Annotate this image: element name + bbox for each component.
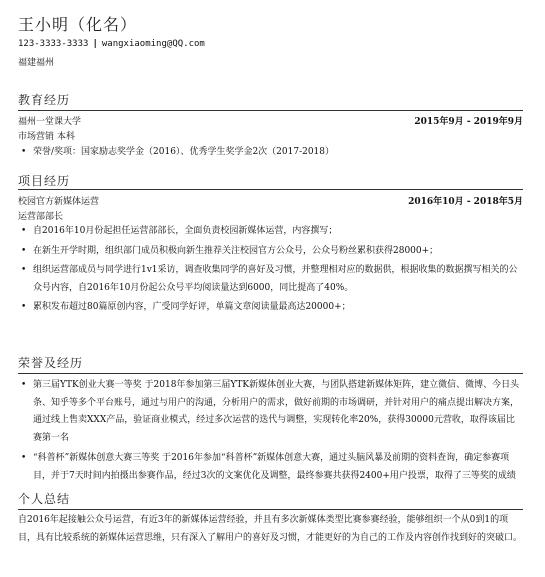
education-dates: 2015年9月 - 2019年9月 [414,114,523,127]
project-name: 校园官方新媒体运营 [18,197,99,207]
honors-bullets: • 第三届YTK创业大赛一等奖 于2018年参加第三届YTK新媒体创业大赛，与团… [18,377,523,490]
bullet-text: 在新生开学时期，组织部门成员积极向新生推荐关注校园官方公众号，公众号粉丝累积获得… [33,246,438,256]
school-name: 福州一堂课大学 [18,117,81,127]
project-name-row: 校园官方新媒体运营 2016年10月 - 2018年5月 [18,194,523,207]
bullet-text: “科普杯”新媒体创意大赛三等奖 于2016年参加“科普杯”新媒体创意大赛，通过头… [33,453,516,481]
bullet-text: 累积发布超过80篇原创内容，广受同学好评，单篇文章阅读量最高达20000+； [33,302,351,312]
bullet-text: 荣誉/奖项：国家励志奖学金（2016）、优秀学生奖学金2次（2017-2018） [33,147,334,157]
section-divider [18,373,523,374]
section-title-education: 教育经历 [18,91,70,108]
project-dates: 2016年10月 - 2018年5月 [408,194,523,207]
list-item: • “科普杯”新媒体创意大赛三等奖 于2016年参加“科普杯”新媒体创意大赛，通… [18,450,523,485]
bullet-text: 组织运营部成员与同学进行1v1采访，调查收集同学的喜好及习惯，并整理相对应的数据… [33,265,518,293]
list-item: • 荣誉/奖项：国家励志奖学金（2016）、优秀学生奖学金2次（2017-201… [18,144,523,162]
email-address: wangxiaoming@QQ.com [102,39,205,49]
bullet-icon: • [21,299,26,317]
bullet-icon: • [21,223,26,241]
education-school-row: 福州一堂课大学 2015年9月 - 2019年9月 [18,114,523,127]
education-bullets: • 荣誉/奖项：国家励志奖学金（2016）、优秀学生奖学金2次（2017-201… [18,144,523,167]
bullet-icon: • [21,243,26,261]
phone-number: 123-3333-3333 [18,39,88,49]
candidate-name: 王小明（化名） [18,12,137,35]
location: 福建福州 [18,55,54,68]
list-item: • 在新生开学时期，组织部门成员积极向新生推荐关注校园官方公众号，公众号粉丝累积… [18,243,523,261]
bullet-text: 自2016年10月份起担任运营部部长，全面负责校园新媒体运营，内容撰写； [33,226,337,236]
section-title-projects: 项目经历 [18,172,70,189]
bullet-icon: • [21,144,26,162]
education-major: 市场营销 本科 [18,129,523,142]
bullet-icon: • [21,377,26,395]
bullet-text: 第三届YTK创业大赛一等奖 于2018年参加第三届YTK新媒体创业大赛，与团队搭… [33,380,519,443]
bullet-icon: • [21,262,26,280]
section-divider [18,189,523,190]
contact-separator: | [92,39,97,49]
summary-text: 自2016年起接触公众号运营，有近3年的新媒体运营经验，并且有多次新媒体类型比赛… [18,512,523,547]
list-item: • 累积发布超过80篇原创内容，广受同学好评，单篇文章阅读量最高达20000+； [18,299,523,317]
section-title-summary: 个人总结 [18,490,70,507]
list-item: • 自2016年10月份起担任运营部部长，全面负责校园新媒体运营，内容撰写； [18,223,523,241]
project-role: 运营部部长 [18,209,523,222]
bullet-icon: • [21,450,26,468]
contact-line: 123-3333-3333|wangxiaoming@QQ.com [18,39,205,49]
project-bullets: • 自2016年10月份起担任运营部部长，全面负责校园新媒体运营，内容撰写； •… [18,223,523,322]
list-item: • 第三届YTK创业大赛一等奖 于2018年参加第三届YTK新媒体创业大赛，与团… [18,377,523,447]
list-item: • 组织运营部成员与同学进行1v1采访，调查收集同学的喜好及习惯，并整理相对应的… [18,262,523,297]
section-title-honors: 荣誉及经历 [18,354,83,371]
section-divider [18,110,523,111]
section-divider [18,509,523,510]
